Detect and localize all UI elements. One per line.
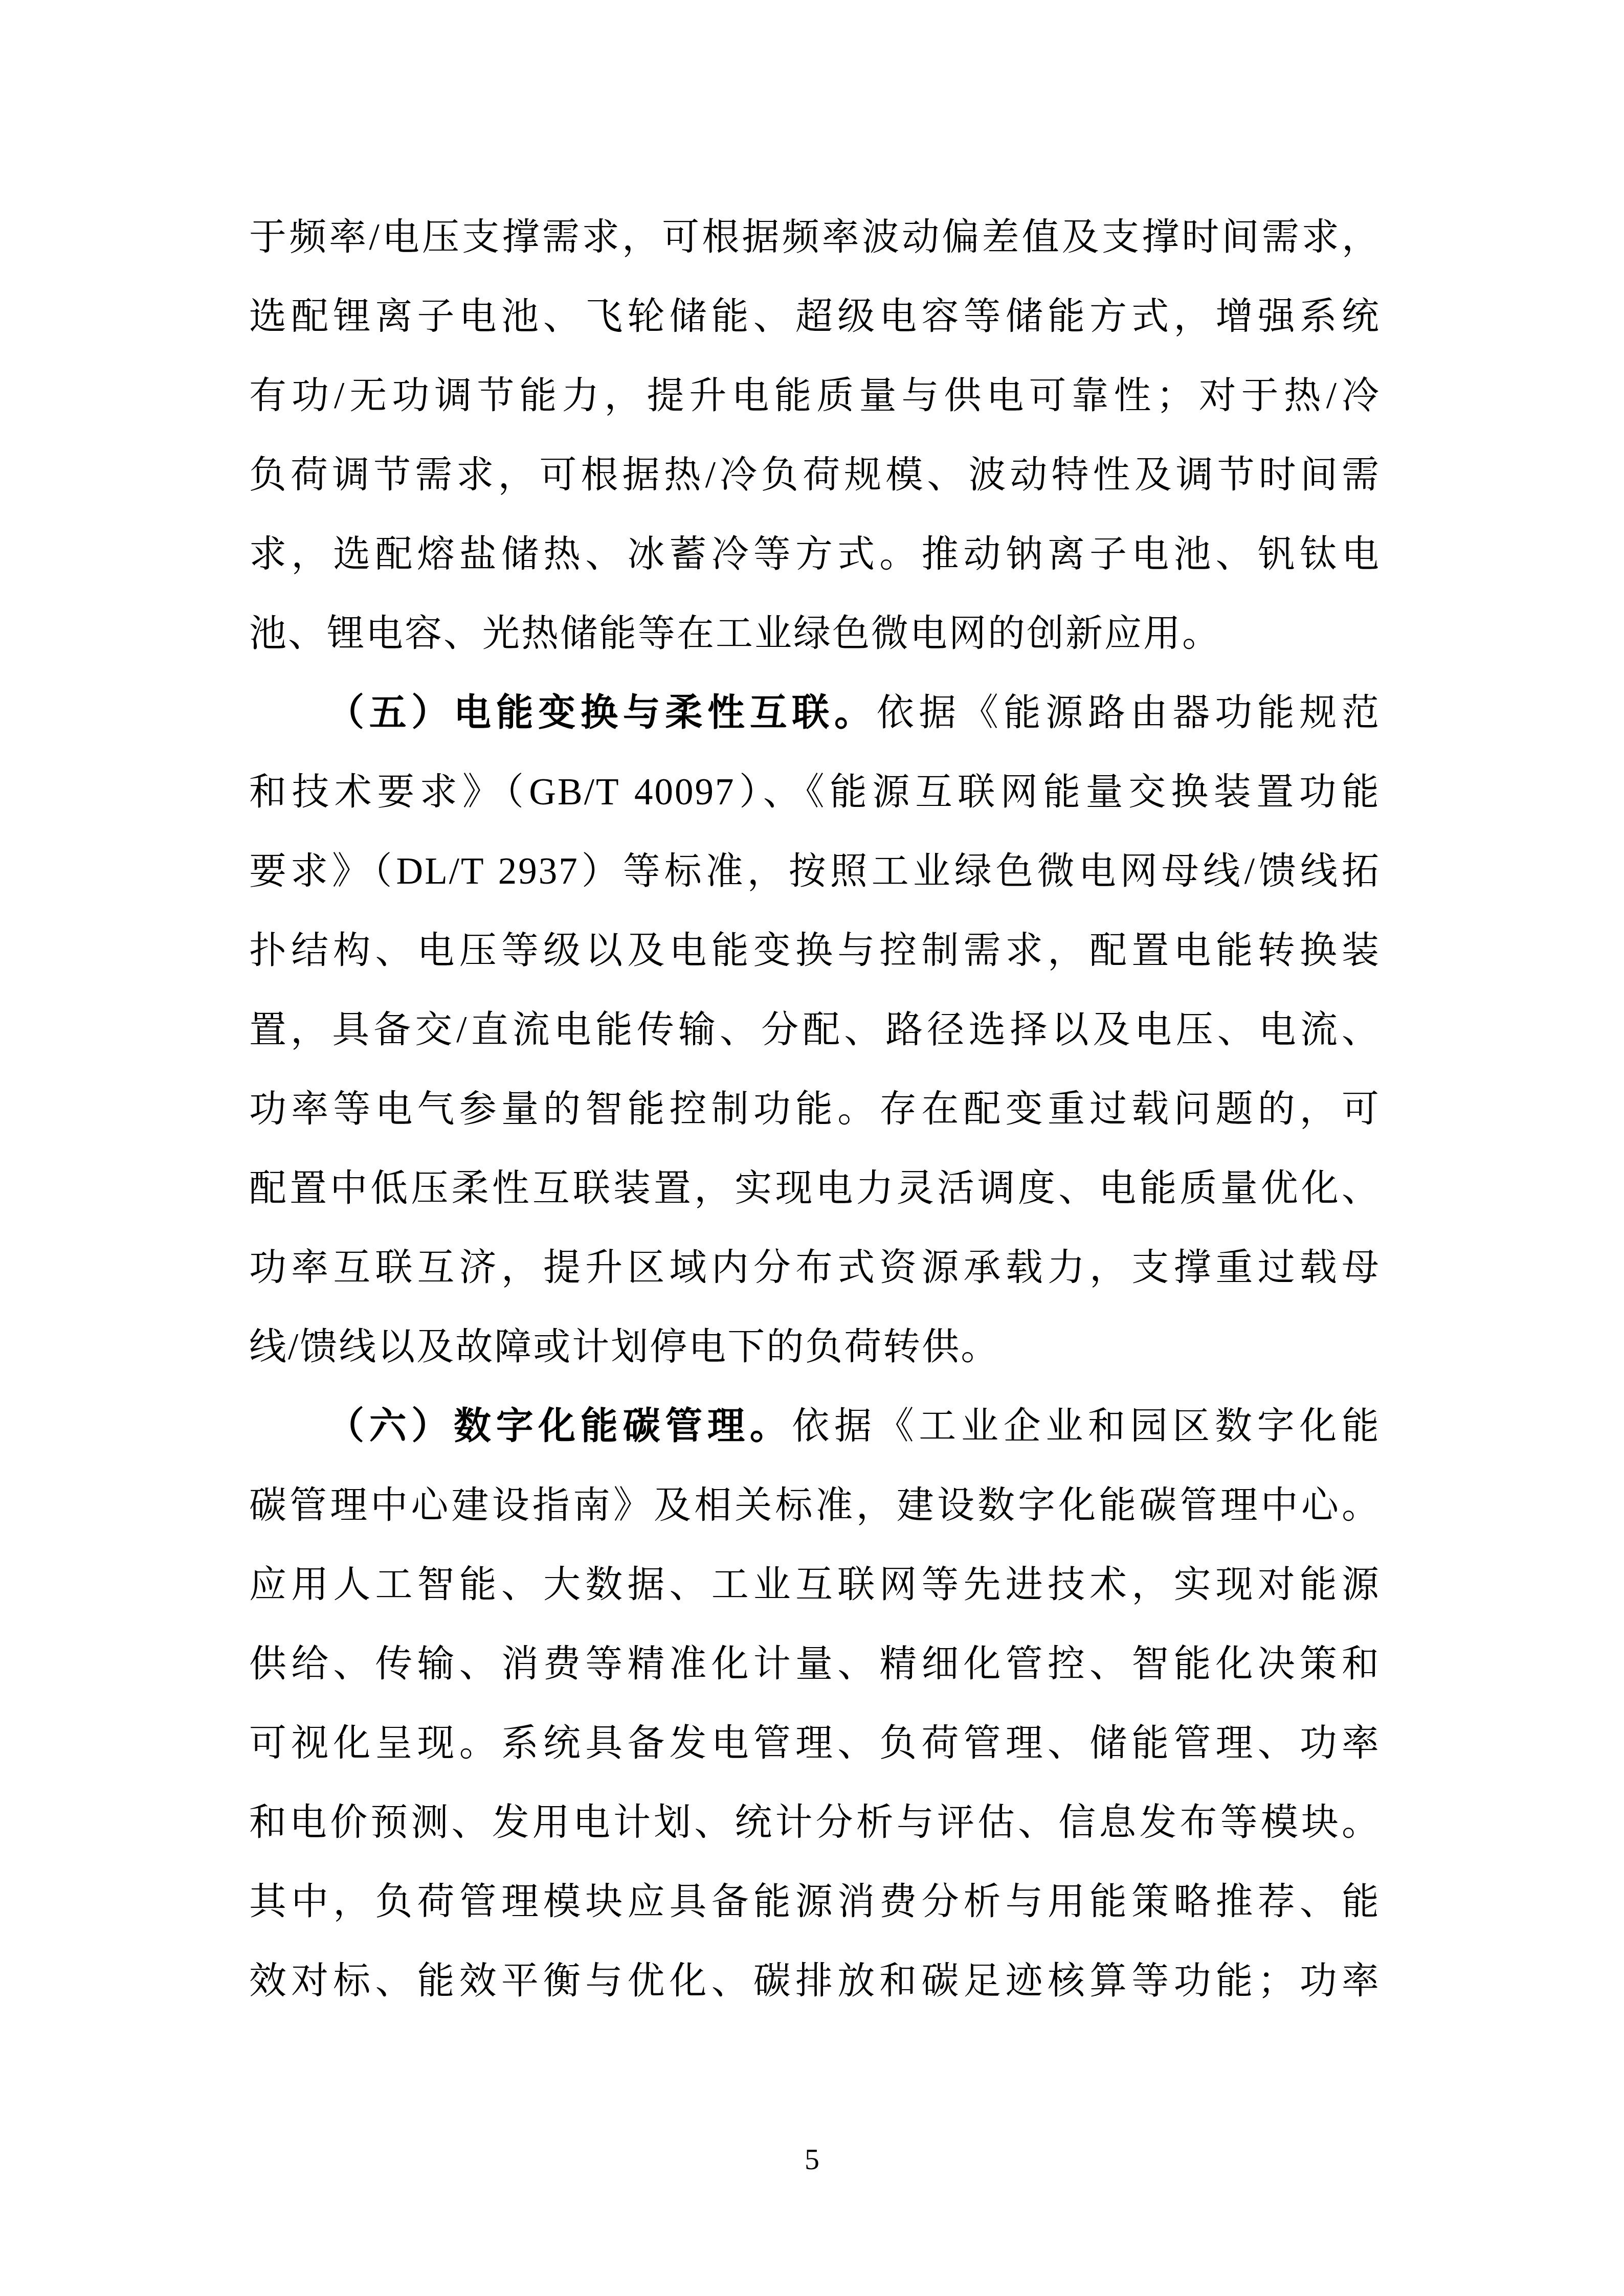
text-run: 池、锂电容、光热储能等在工业绿色微电网的创新应用。 bbox=[249, 613, 1221, 654]
text-run: 依据《工业企业和园区数字化能 bbox=[792, 1405, 1381, 1447]
text-line: 求，选配熔盐储热、冰蓄冷等方式。推动钠离子电池、钒钛电 bbox=[249, 514, 1381, 594]
text-line: 供给、传输、消费等精准化计量、精细化管控、智能化决策和 bbox=[249, 1624, 1381, 1703]
text-line: 置，具备交/直流电能传输、分配、路径选择以及电压、电流、 bbox=[249, 990, 1381, 1069]
text-run: 应用人工智能、大数据、工业互联网等先进技术，实现对能源 bbox=[249, 1564, 1381, 1605]
text-line: （五）电能变换与柔性互联。依据《能源路由器功能规范 bbox=[249, 673, 1381, 752]
text-line: 效对标、能效平衡与优化、碳排放和碳足迹核算等功能；功率 bbox=[249, 1941, 1381, 2020]
text-line: 池、锂电容、光热储能等在工业绿色微电网的创新应用。 bbox=[249, 594, 1381, 673]
text-run: 扑结构、电压等级以及电能变换与控制需求，配置电能转换装 bbox=[249, 930, 1381, 971]
text-run: 配置中低压柔性互联装置，实现电力灵活调度、电能质量优化、 bbox=[249, 1167, 1381, 1209]
text-line: 应用人工智能、大数据、工业互联网等先进技术，实现对能源 bbox=[249, 1545, 1381, 1624]
text-run: 线/馈线以及故障或计划停电下的负荷转供。 bbox=[249, 1326, 999, 1367]
text-run: 求，选配熔盐储热、冰蓄冷等方式。推动钠离子电池、钒钛电 bbox=[249, 533, 1381, 575]
text-line: 要求》（DL/T 2937）等标准，按照工业绿色微电网母线/馈线拓 bbox=[249, 831, 1381, 911]
text-run: 于频率/电压支撑需求，可根据频率波动偏差值及支撑时间需求， bbox=[249, 216, 1381, 258]
text-run: 有功/无功调节能力，提升电能质量与供电可靠性；对于热/冷 bbox=[249, 375, 1381, 416]
text-line: 线/馈线以及故障或计划停电下的负荷转供。 bbox=[249, 1307, 1381, 1386]
text-run: 选配锂离子电池、飞轮储能、超级电容等储能方式，增强系统 bbox=[249, 296, 1381, 337]
text-line: 和技术要求》（GB/T 40097）、《能源互联网能量交换装置功能 bbox=[249, 752, 1381, 831]
page: { "style": { "background_color": "#fffff… bbox=[0, 0, 1624, 2296]
text-body: 于频率/电压支撑需求，可根据频率波动偏差值及支撑时间需求，选配锂离子电池、飞轮储… bbox=[249, 197, 1381, 2020]
text-line: 可视化呈现。系统具备发电管理、负荷管理、储能管理、功率 bbox=[249, 1703, 1381, 1783]
text-line: 功率等电气参量的智能控制功能。存在配变重过载问题的，可 bbox=[249, 1069, 1381, 1149]
text-run: 效对标、能效平衡与优化、碳排放和碳足迹核算等功能；功率 bbox=[249, 1960, 1381, 2001]
text-run: 和电价预测、发用电计划、统计分析与评估、信息发布等模块。 bbox=[249, 1802, 1381, 1843]
text-line: 其中，负荷管理模块应具备能源消费分析与用能策略推荐、能 bbox=[249, 1862, 1381, 1941]
section-heading: （六）数字化能碳管理。 bbox=[327, 1405, 792, 1447]
text-run: 功率等电气参量的智能控制功能。存在配变重过载问题的，可 bbox=[249, 1088, 1381, 1130]
text-line: 负荷调节需求，可根据热/冷负荷规模、波动特性及调节时间需 bbox=[249, 435, 1381, 514]
text-run: 负荷调节需求，可根据热/冷负荷规模、波动特性及调节时间需 bbox=[249, 454, 1381, 496]
text-line: 选配锂离子电池、飞轮储能、超级电容等储能方式，增强系统 bbox=[249, 277, 1381, 356]
document-page: 于频率/电压支撑需求，可根据频率波动偏差值及支撑时间需求，选配锂离子电池、飞轮储… bbox=[0, 0, 1624, 2296]
text-line: 有功/无功调节能力，提升电能质量与供电可靠性；对于热/冷 bbox=[249, 356, 1381, 435]
text-run: 置，具备交/直流电能传输、分配、路径选择以及电压、电流、 bbox=[249, 1009, 1381, 1050]
text-line: 和电价预测、发用电计划、统计分析与评估、信息发布等模块。 bbox=[249, 1783, 1381, 1862]
text-line: 配置中低压柔性互联装置，实现电力灵活调度、电能质量优化、 bbox=[249, 1149, 1381, 1228]
text-line: 于频率/电压支撑需求，可根据频率波动偏差值及支撑时间需求， bbox=[249, 197, 1381, 277]
text-line: 功率互联互济，提升区域内分布式资源承载力，支撑重过载母 bbox=[249, 1228, 1381, 1307]
text-run: 功率互联互济，提升区域内分布式资源承载力，支撑重过载母 bbox=[249, 1247, 1381, 1288]
page-number: 5 bbox=[0, 2136, 1624, 2182]
text-run: 依据《能源路由器功能规范 bbox=[877, 692, 1381, 733]
text-run: 和技术要求》（GB/T 40097）、《能源互联网能量交换装置功能 bbox=[249, 771, 1381, 813]
text-run: 其中，负荷管理模块应具备能源消费分析与用能策略推荐、能 bbox=[249, 1881, 1381, 1922]
text-run: 要求》（DL/T 2937）等标准，按照工业绿色微电网母线/馈线拓 bbox=[249, 850, 1381, 892]
text-line: 碳管理中心建设指南》及相关标准，建设数字化能碳管理中心。 bbox=[249, 1466, 1381, 1545]
text-run: 可视化呈现。系统具备发电管理、负荷管理、储能管理、功率 bbox=[249, 1722, 1381, 1764]
text-run: 供给、传输、消费等精准化计量、精细化管控、智能化决策和 bbox=[249, 1643, 1381, 1684]
text-run: 碳管理中心建设指南》及相关标准，建设数字化能碳管理中心。 bbox=[249, 1484, 1381, 1526]
text-line: （六）数字化能碳管理。依据《工业企业和园区数字化能 bbox=[249, 1386, 1381, 1466]
text-line: 扑结构、电压等级以及电能变换与控制需求，配置电能转换装 bbox=[249, 911, 1381, 990]
section-heading: （五）电能变换与柔性互联。 bbox=[327, 692, 877, 733]
